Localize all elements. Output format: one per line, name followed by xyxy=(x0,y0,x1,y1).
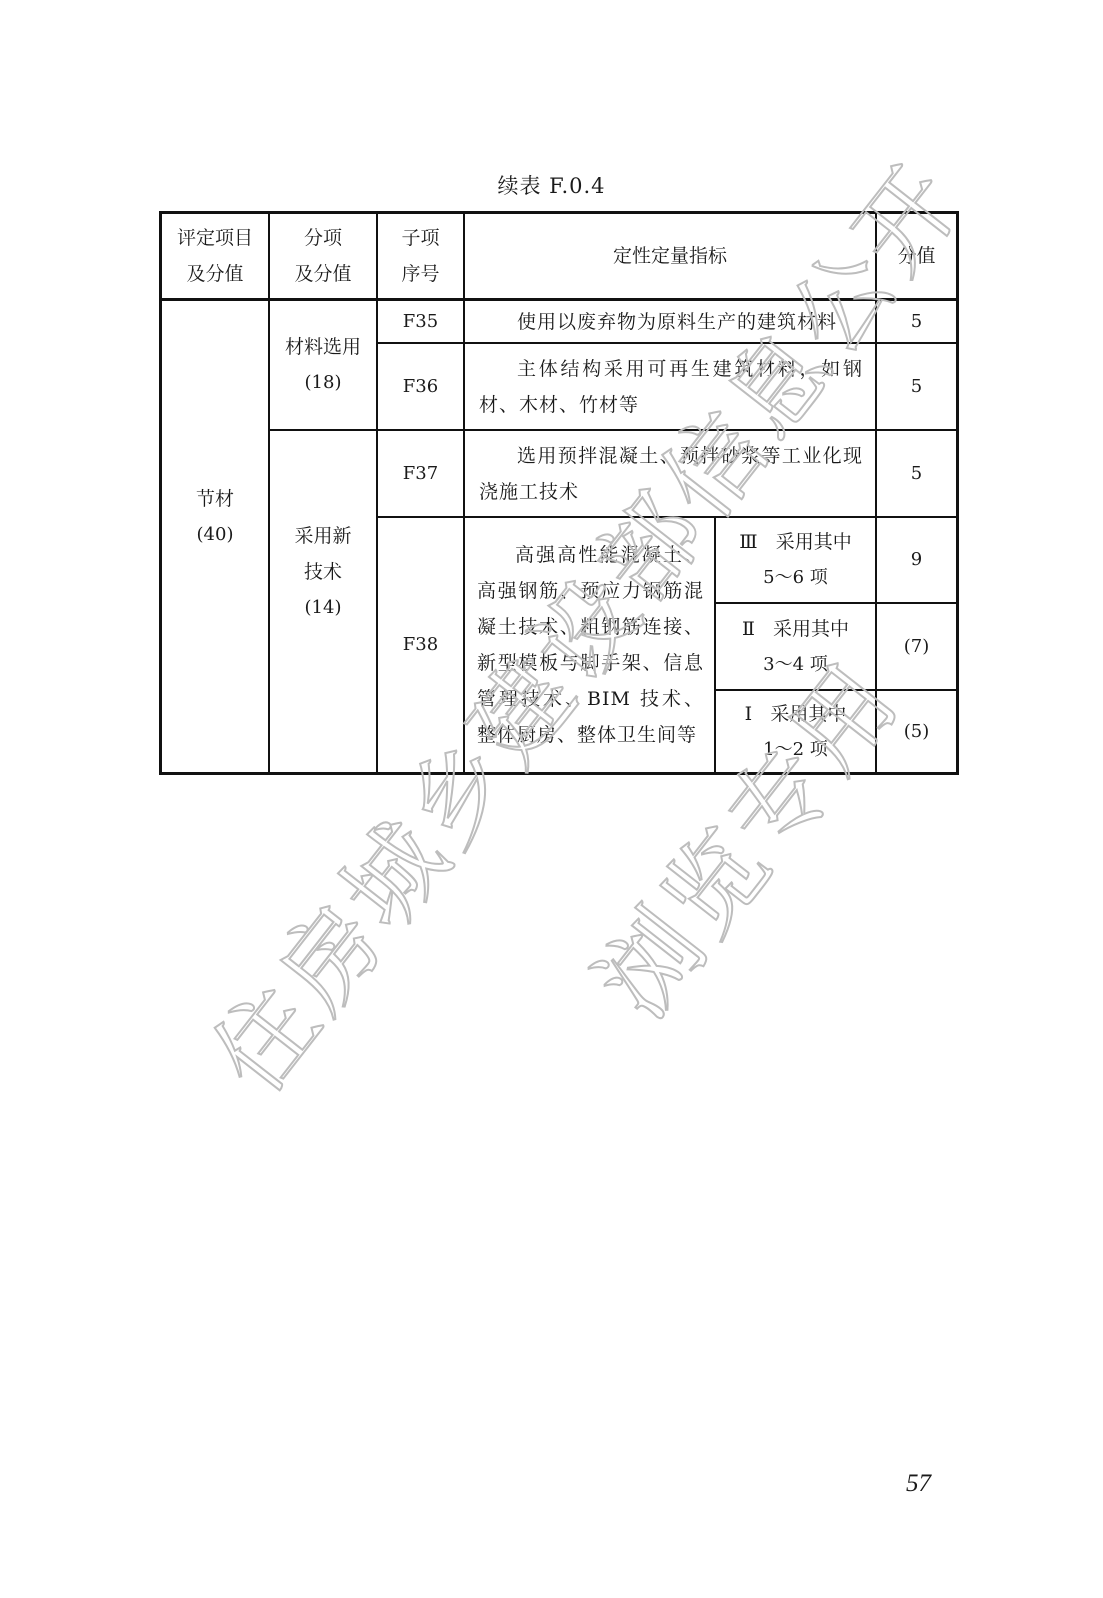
score-cell: 5 xyxy=(877,431,956,516)
level-range: 3～4 项 xyxy=(763,647,828,683)
level-text: 采用其中 xyxy=(773,618,849,640)
score-cell: 5 xyxy=(877,344,956,429)
header-item: 评定项目 及分值 xyxy=(162,214,268,298)
category-cell: 节材 (40) xyxy=(162,301,268,772)
category-score: (40) xyxy=(197,517,234,553)
indicator-text: 选用预拌混凝土、预拌砂浆等工业化现浇施工技术 xyxy=(479,438,863,510)
level-label: Ⅱ 采用其中 xyxy=(742,611,849,647)
score-cell: 9 xyxy=(877,518,956,602)
header-text: 评定项目 xyxy=(177,220,253,256)
header-score: 分值 xyxy=(877,214,956,298)
header-text: 分项 xyxy=(304,220,342,256)
group-materials: 材料选用 (18) xyxy=(270,301,376,429)
header-text: 及分值 xyxy=(186,256,243,292)
header-seq: 子项 序号 xyxy=(378,214,463,298)
group-name: 技术 xyxy=(304,554,342,590)
indicator-text: 高强高性能混凝土、高强钢筋、预应力钢筋混凝土技术、粗钢筋连接、新型模板与脚手架、… xyxy=(477,537,704,753)
seq-cell: F36 xyxy=(378,344,463,429)
group-name: 材料选用 xyxy=(285,329,361,365)
group-new-tech: 采用新 技术 (14) xyxy=(270,431,376,772)
header-subitem: 分项 及分值 xyxy=(270,214,376,298)
header-indicator: 定性定量指标 xyxy=(465,214,875,298)
indicator-text: 主体结构采用可再生建筑材料，如钢材、木材、竹材等 xyxy=(479,351,863,423)
indicator-cell: 高强高性能混凝土、高强钢筋、预应力钢筋混凝土技术、粗钢筋连接、新型模板与脚手架、… xyxy=(465,518,714,772)
score-cell: 5 xyxy=(877,301,956,342)
header-text: 子项 xyxy=(401,220,439,256)
category-name: 节材 xyxy=(196,481,234,517)
level-text: 采用其中 xyxy=(770,703,846,725)
score-cell: (7) xyxy=(877,604,956,689)
level-cell-1: Ⅰ 采用其中 1～2 项 xyxy=(716,691,875,772)
level-numeral: Ⅱ xyxy=(742,618,755,640)
level-range: 5～6 项 xyxy=(763,560,828,596)
group-score: (14) xyxy=(305,590,342,626)
seq-cell: F37 xyxy=(378,431,463,516)
level-text: 采用其中 xyxy=(776,531,852,553)
level-label: Ⅰ 采用其中 xyxy=(745,696,847,732)
indicator-text: 使用以废弃物为原料生产的建筑材料 xyxy=(479,304,863,340)
group-score: (18) xyxy=(305,365,342,401)
level-numeral: Ⅲ xyxy=(739,531,757,553)
header-text: 及分值 xyxy=(294,256,351,292)
page-number: 57 xyxy=(906,1470,931,1498)
evaluation-table: 评定项目 及分值 分项 及分值 子项 序号 定性定量指标 分值 节材 (40) … xyxy=(159,211,959,775)
indicator-cell: 主体结构采用可再生建筑材料，如钢材、木材、竹材等 xyxy=(465,344,875,429)
seq-cell: F38 xyxy=(378,518,463,772)
seq-cell: F35 xyxy=(378,301,463,342)
indicator-cell: 选用预拌混凝土、预拌砂浆等工业化现浇施工技术 xyxy=(465,431,875,516)
group-name: 采用新 xyxy=(294,518,351,554)
header-text: 序号 xyxy=(401,256,439,292)
level-cell-2: Ⅱ 采用其中 3～4 项 xyxy=(716,604,875,689)
indicator-cell: 使用以废弃物为原料生产的建筑材料 xyxy=(465,301,875,342)
level-label: Ⅲ 采用其中 xyxy=(739,524,851,560)
level-range: 1～2 项 xyxy=(763,732,828,768)
table-title: 续表 F.0.4 xyxy=(0,170,1103,200)
level-numeral: Ⅰ xyxy=(745,703,753,725)
score-cell: (5) xyxy=(877,691,956,772)
level-cell-3: Ⅲ 采用其中 5～6 项 xyxy=(716,518,875,602)
